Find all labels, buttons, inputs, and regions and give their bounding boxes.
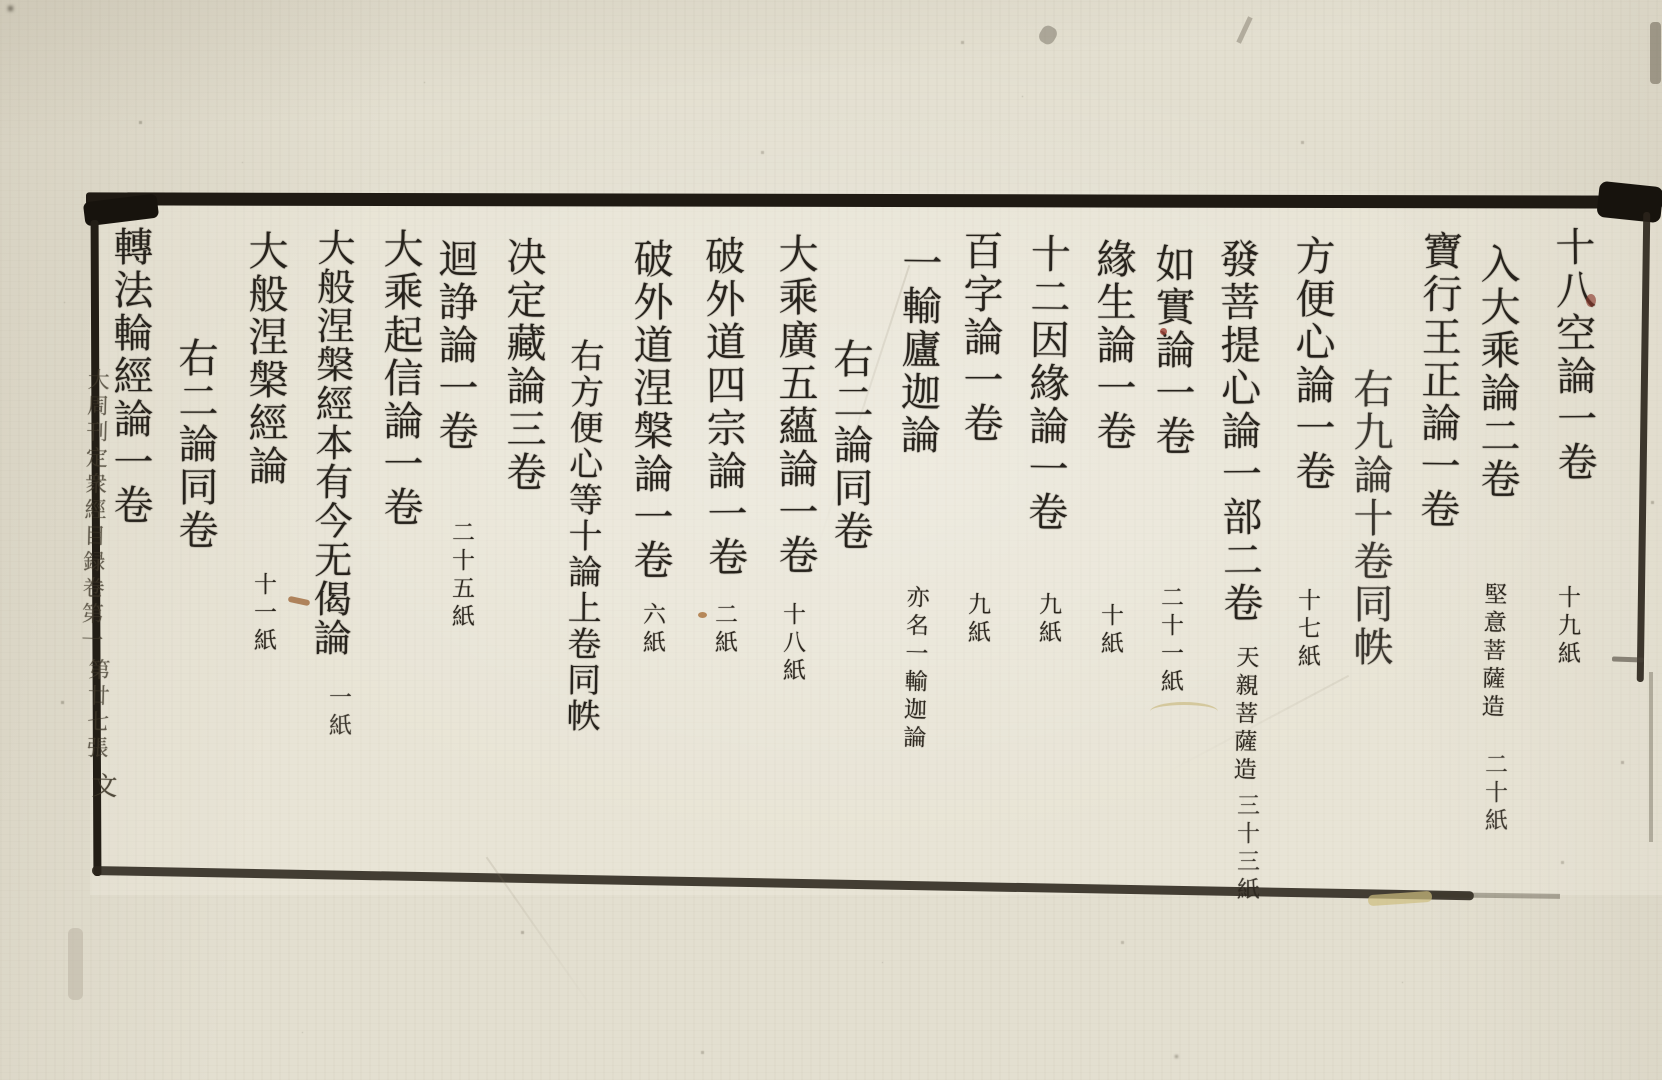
entry-sheet-count: 一紙 (326, 685, 349, 741)
entry-title: 大般涅槃經本有今无偈論 (310, 228, 352, 657)
entry-attribution: 堅意菩薩造 (1478, 582, 1504, 723)
edge-smudge (1650, 22, 1661, 84)
entry-title: 迴諍論一卷 (435, 238, 475, 453)
entry-sheet-count: 三十三紙 (1234, 793, 1257, 905)
entry-alt-name: 亦名一輸迦論 (900, 585, 927, 754)
entry-sheet-count: 二十一紙 (1158, 585, 1181, 697)
entry-title: 緣生論一卷 (1093, 238, 1133, 453)
rust-speck (698, 612, 707, 618)
colophon-sheet-number: 第廿七張 (84, 658, 109, 763)
entry-title: 一輸廬迦論 (897, 242, 939, 457)
entry-title: 發菩提心論一部二卷 (1216, 238, 1260, 625)
entry-sheet-count: 九紙 (1036, 592, 1059, 648)
entry-title: 大乘起信論一卷 (380, 228, 420, 529)
entry-title: 方便心論一卷 (1292, 235, 1332, 493)
entry-sheet-count: 十九紙 (1555, 585, 1578, 669)
yellow-stain-curve (1150, 702, 1218, 721)
entry-attribution: 天親菩薩造 (1230, 645, 1256, 786)
entry-title: 百字論一卷 (960, 230, 1000, 445)
frame-top-right-blob (1596, 181, 1662, 223)
top-hairline-mark (1236, 16, 1252, 43)
red-speck (1160, 328, 1167, 335)
margin-smudge (68, 928, 83, 1000)
entry-title: 如實論一卷 (1152, 243, 1192, 458)
entry-sheet-count: 九紙 (965, 592, 988, 648)
manuscript-page: 十八空論一卷 十九紙 入大乘論二卷 堅意菩薩造 二十紙 寶行王正論一卷 右九論十… (0, 0, 1662, 1080)
group-label: 右方便心等十論上卷同帙 (563, 338, 601, 734)
colophon-title: 大周刊定衆經目録卷第一 (79, 368, 108, 654)
entry-sheet-count: 十一紙 (251, 572, 274, 656)
entry-title: 大乘廣五蘊論一卷 (775, 233, 815, 577)
top-smudge (1037, 23, 1060, 47)
group-label: 右二論同卷 (175, 337, 215, 552)
colophon-end-mark: 文 (89, 772, 116, 803)
entry-title: 大般涅槃經論 (245, 230, 285, 488)
entry-title: 破外道四宗論一卷 (701, 235, 745, 579)
entry-sheet-count: 十紙 (1098, 603, 1121, 659)
entry-sheet-count: 二十紙 (1482, 752, 1505, 836)
group-label: 右九論十卷同帙 (1350, 368, 1390, 669)
entry-sheet-count: 六紙 (640, 602, 663, 658)
entry-title: 入大乘論二卷 (1477, 243, 1517, 501)
entry-sheet-count: 二紙 (712, 602, 735, 658)
entry-sheet-count: 十八紙 (780, 602, 803, 686)
entry-title: 轉法輪經論一卷 (110, 226, 150, 527)
entry-title: 十二因緣論一卷 (1024, 233, 1067, 534)
frame-right-border-faded (1649, 672, 1653, 842)
entry-sheet-count: 十七紙 (1295, 588, 1318, 672)
ink-dash (1612, 656, 1644, 662)
entry-sheet-count: 二十五紙 (449, 520, 472, 632)
entry-title: 寶行王正論一卷 (1416, 230, 1459, 531)
red-speck (1586, 294, 1596, 307)
paper-speckles (0, 0, 1, 1)
entry-title: 十八空論一卷 (1552, 226, 1595, 484)
entry-title: 决定藏論三卷 (503, 236, 543, 494)
entry-title: 破外道涅槃論一卷 (630, 238, 670, 582)
